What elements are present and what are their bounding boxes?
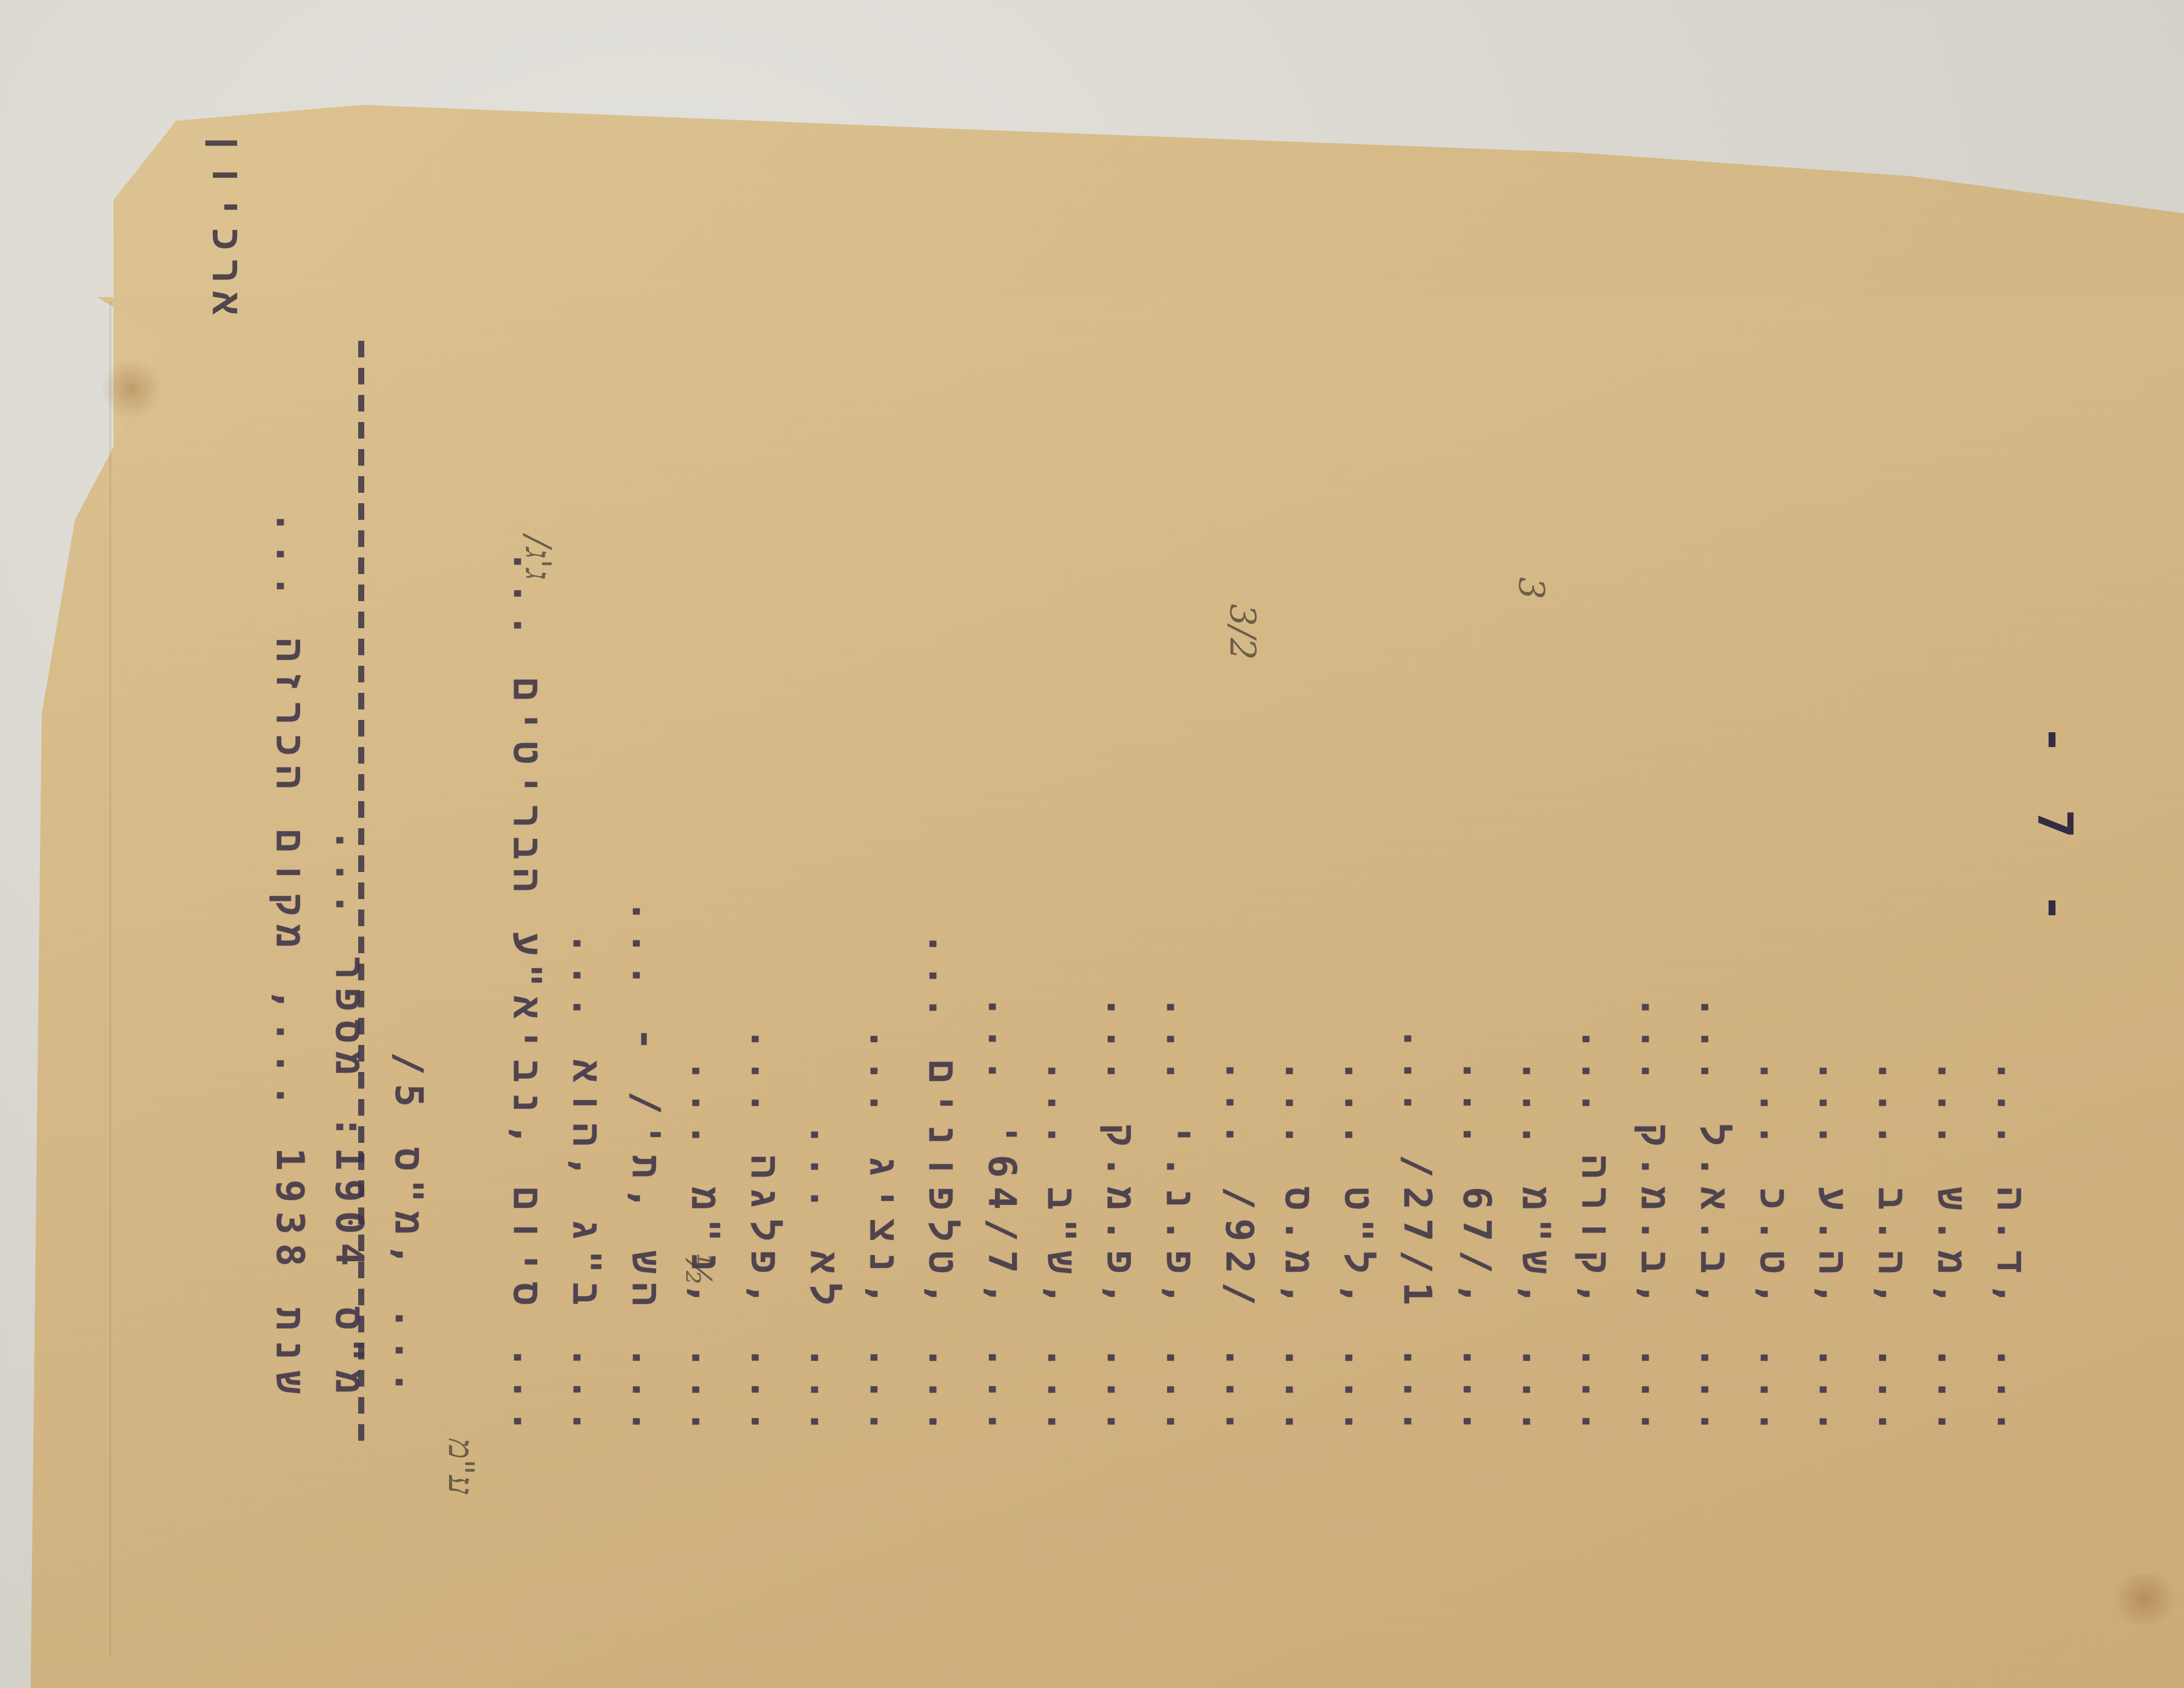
typed-line: ... 27/1/ ...	[1398, 341, 1437, 1442]
typed-line: ... ,/67 ...	[1458, 341, 1496, 1442]
typed-line: ... ,ה.ע ...	[1814, 341, 1852, 1442]
typed-line: ... ,מ"ס 5/	[390, 245, 428, 1402]
typed-line: ... ,ט.כ ...	[1755, 341, 1793, 1442]
paper-stain	[100, 358, 162, 419]
typed-line: ... ,נציג ...	[864, 341, 903, 1442]
typed-line: ... הש ,ת'/ - ...	[627, 341, 665, 1442]
typed-line: ... ,קורה ...	[1576, 341, 1615, 1442]
typed-line: ... /92/ ...	[1220, 341, 1259, 1442]
typed-line: ... ,ה.ב ...	[1873, 341, 1911, 1442]
typed-line: ... סיום ,נביא"ע הבריטים ...	[508, 341, 546, 1442]
typed-line: ... ,טלפונים ...	[923, 341, 962, 1442]
typed-line: ... ,64/7' ...	[983, 341, 1021, 1442]
handwritten-note: /ג'ג	[517, 536, 558, 580]
typed-line: ... ,ש"ב ...	[1042, 341, 1081, 1442]
typed-line: ... ב"ג ,הוא ...	[567, 341, 606, 1442]
typed-line: ... ,פלגה ...	[746, 341, 784, 1442]
handwritten-note: ע"מ	[440, 1438, 481, 1495]
typed-line: ... ,ש"מ ...	[1517, 341, 1555, 1442]
typed-line: ... ,פ.נ.י ...	[1161, 341, 1199, 1442]
typed-line: מ"ס 1904: מספר ...	[330, 245, 369, 1402]
typed-line: ... ,מ.ש ...	[1932, 341, 1971, 1442]
typed-line: שנת 1938 ..., מקום הכרזה ...	[271, 245, 309, 1402]
typed-line: ... ,מ.ס ...	[1280, 341, 1318, 1442]
typed-line: ... ,פ.מ.ק ...	[1102, 341, 1140, 1442]
handwritten-note: 3	[1511, 577, 1552, 599]
typed-line: ... ,ד.ה ...	[1992, 341, 2030, 1442]
paper-crease	[109, 301, 111, 1656]
typed-line: ... ,ל"ט ...	[1339, 341, 1378, 1442]
paper-stain	[2110, 1573, 2180, 1625]
handwritten-note: ½	[678, 1253, 719, 1287]
typed-line: ... ,ב.מ.ק ...	[1636, 341, 1674, 1442]
handwritten-note: 3/2	[1222, 604, 1263, 660]
typed-line: ... ,ב.א.ל ...	[1695, 341, 1734, 1442]
typed-line: ... לא ...	[805, 341, 843, 1442]
page-number: - 7 -	[2027, 725, 2083, 935]
archive-header-label: ארכיון	[203, 131, 250, 323]
